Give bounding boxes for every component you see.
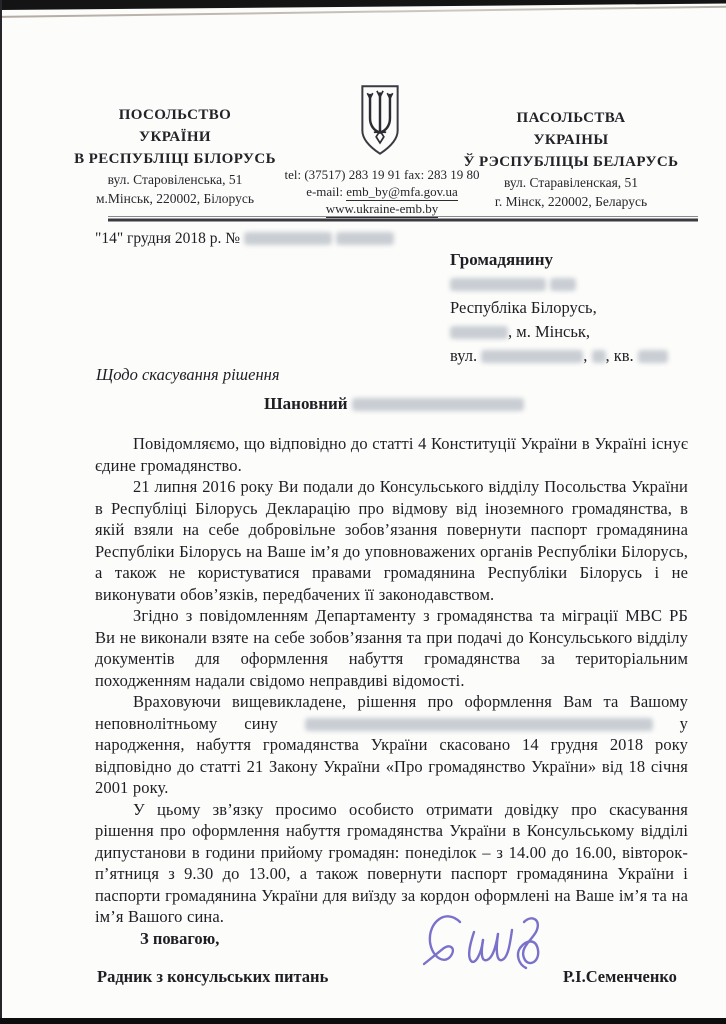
text-segment: У цьому зв’язку просимо особисто отримат…: [95, 800, 688, 927]
scanner-left-edge: [0, 0, 2, 1024]
redacted-text: [450, 278, 546, 291]
letter-body: Повідомляємо, що відповідно до статті 4 …: [95, 433, 688, 928]
redacted-text: [450, 326, 508, 339]
recipient-street: вул. , , кв.: [450, 344, 700, 368]
scanner-bottom-edge: [0, 1018, 726, 1024]
body-paragraph: 21 липня 2016 року Ви подали до Консульс…: [95, 476, 688, 605]
recipient-title: Громадянину: [450, 248, 700, 272]
address-line: вул. Старавіленская, 51: [448, 173, 694, 192]
redacted-text: [550, 278, 576, 291]
text-segment: Громадянину: [450, 250, 553, 269]
redacted-text: [481, 350, 583, 363]
text-segment: , кв.: [606, 346, 638, 365]
recipient-name-redacted: [450, 272, 700, 296]
body-paragraph: Враховуючи вищевикладене, рішення про оф…: [95, 691, 688, 799]
letterhead-divider: [108, 216, 698, 222]
embassy-name-line: УКРАЇНИ: [52, 126, 298, 148]
recipient-country: Республіка Білорусь,: [450, 296, 700, 320]
embassy-address-belarusian: вул. Старавіленская, 51 г. Мінск, 220002…: [448, 173, 694, 211]
body-paragraph: У цьому зв’язку просимо особисто отримат…: [95, 799, 688, 928]
text-segment: 21 липня 2016 року Ви подали до Консульс…: [95, 477, 688, 604]
redacted-text: [352, 398, 524, 411]
address-line: м.Мінськ, 220002, Білорусь: [62, 189, 288, 208]
text-segment: "14" грудня 2018 р. №: [95, 230, 244, 247]
scanned-letter-page: ПОСОЛЬСТВО УКРАЇНИ В РЕСПУБЛІЦІ БІЛОРУСЬ…: [0, 0, 726, 1024]
subject-line: Щодо скасування рішення: [96, 365, 280, 385]
embassy-name-ukrainian: ПОСОЛЬСТВО УКРАЇНИ В РЕСПУБЛІЦІ БІЛОРУСЬ: [52, 104, 298, 170]
redacted-text: [336, 232, 394, 245]
embassy-address-ukrainian: вул. Старовіленська, 51 м.Мінськ, 220002…: [62, 170, 288, 208]
text-segment: , м. Мінськ,: [508, 322, 590, 341]
embassy-name-line: ПАСОЛЬСТВА: [438, 107, 704, 129]
recipient-block: Громадянину Республіка Білорусь, , м. Мі…: [450, 248, 700, 368]
text-segment: Республіка Білорусь,: [450, 298, 597, 317]
address-line: г. Мінск, 220002, Беларусь: [448, 192, 694, 211]
signer-name: Р.І.Семенченко: [563, 967, 677, 987]
redacted-text: [305, 718, 653, 731]
text-segment: вул.: [450, 346, 481, 365]
redacted-text: [592, 350, 606, 363]
address-line: вул. Старовіленська, 51: [62, 170, 288, 189]
text-segment: Повідомляємо, що відповідно до статті 4 …: [95, 434, 688, 475]
ukraine-trident-emblem-icon: [357, 83, 403, 160]
body-paragraph: Повідомляємо, що відповідно до статті 4 …: [95, 433, 688, 476]
text-segment: ,: [583, 346, 591, 365]
redacted-text: [638, 350, 668, 363]
redacted-text: [244, 232, 332, 245]
embassy-name-line: ПОСОЛЬСТВО: [52, 104, 298, 126]
email-address: emb_by@mfa.gov.ua: [346, 184, 458, 201]
text-segment: Шановний: [264, 394, 352, 413]
embassy-name-line: УКРАІНЫ: [438, 129, 704, 151]
text-segment: Згідно з повідомленням Департаменту з гр…: [95, 606, 688, 690]
handwritten-signature-icon: [420, 906, 560, 996]
body-paragraph: Згідно з повідомленням Департаменту з гр…: [95, 605, 688, 691]
embassy-name-belarusian: ПАСОЛЬСТВА УКРАІНЫ Ў РЭСПУБЛІЦЫ БЕЛАРУСЬ: [438, 107, 704, 173]
salutation-line: Шановний: [264, 394, 524, 414]
email-label: e-mail:: [306, 184, 346, 199]
signer-title: Радник з консульських питань: [97, 967, 328, 987]
date-reference-line: "14" грудня 2018 р. №: [95, 230, 394, 248]
closing-line: З повагою,: [140, 929, 219, 949]
recipient-city: , м. Мінськ,: [450, 320, 700, 344]
